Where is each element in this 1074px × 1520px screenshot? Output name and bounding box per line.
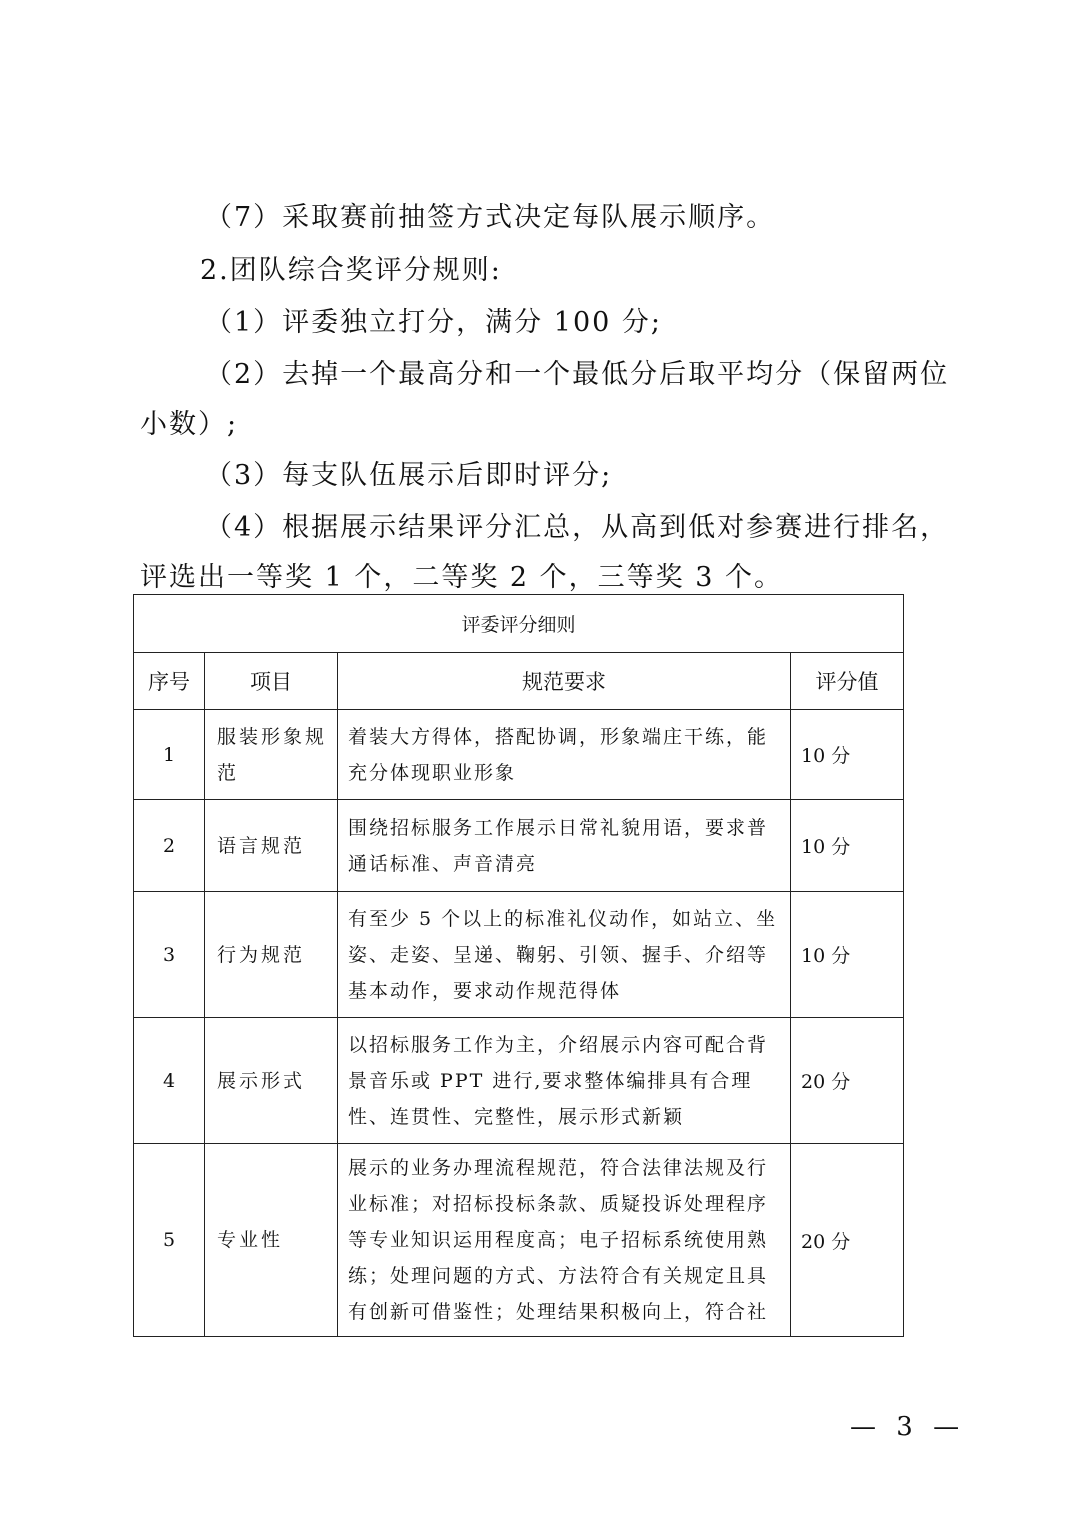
row-requirement: 以招标服务工作为主，介绍展示内容可配合背景音乐或 PPT 进行,要求整体编排具有…: [338, 1018, 791, 1144]
row-no: 4: [134, 1018, 205, 1144]
row-item: 服装形象规范: [205, 710, 338, 800]
row-score: 20 分: [791, 1018, 904, 1144]
header-item: 项目: [205, 653, 338, 710]
paragraph-rule-2: （2）去掉一个最高分和一个最低分后取平均分（保留两位: [205, 357, 949, 393]
row-score: 10 分: [791, 800, 904, 892]
row-item: 语言规范: [205, 800, 338, 892]
header-score: 评分值: [791, 653, 904, 710]
paragraph-rule-1: （1）评委独立打分，满分 100 分;: [205, 305, 662, 341]
row-score: 20 分: [791, 1144, 904, 1337]
page-number: — 3 —: [850, 1412, 965, 1442]
row-item: 行为规范: [205, 892, 338, 1018]
table-row: 5 专业性 展示的业务办理流程规范，符合法律法规及行业标准；对招标投标条款、质疑…: [134, 1144, 904, 1337]
table-title: 评委评分细则: [134, 595, 904, 653]
header-no: 序号: [134, 653, 205, 710]
row-requirement: 围绕招标服务工作展示日常礼貌用语，要求普通话标准、声音清亮: [338, 800, 791, 892]
table-row: 1 服装形象规范 着装大方得体，搭配协调，形象端庄干练，能充分体现职业形象 10…: [134, 710, 904, 800]
row-no: 5: [134, 1144, 205, 1337]
table-row: 3 行为规范 有至少 5 个以上的标准礼仪动作，如站立、坐姿、走姿、呈递、鞠躬、…: [134, 892, 904, 1018]
paragraph-rule-4-cont: 评选出一等奖 1 个，二等奖 2 个，三等奖 3 个。: [140, 560, 783, 596]
row-requirement: 有至少 5 个以上的标准礼仪动作，如站立、坐姿、走姿、呈递、鞠躬、引领、握手、介…: [338, 892, 791, 1018]
paragraph-rule-7: （7）采取赛前抽签方式决定每队展示顺序。: [205, 200, 775, 236]
row-score: 10 分: [791, 892, 904, 1018]
header-requirement: 规范要求: [338, 653, 791, 710]
row-requirement: 展示的业务办理流程规范，符合法律法规及行业标准；对招标投标条款、质疑投诉处理程序…: [338, 1144, 791, 1337]
row-item: 专业性: [205, 1144, 338, 1337]
scoring-rules-table: 评委评分细则 序号 项目 规范要求 评分值 1 服装形象规范 着装大方得体，搭配…: [133, 594, 904, 1337]
row-score: 10 分: [791, 710, 904, 800]
row-requirement: 着装大方得体，搭配协调，形象端庄干练，能充分体现职业形象: [338, 710, 791, 800]
table-row: 4 展示形式 以招标服务工作为主，介绍展示内容可配合背景音乐或 PPT 进行,要…: [134, 1018, 904, 1144]
table-row: 2 语言规范 围绕招标服务工作展示日常礼貌用语，要求普通话标准、声音清亮 10 …: [134, 800, 904, 892]
table-header-row: 序号 项目 规范要求 评分值: [134, 653, 904, 710]
paragraph-rule-2-cont: 小数）;: [140, 407, 238, 443]
row-no: 3: [134, 892, 205, 1018]
row-item: 展示形式: [205, 1018, 338, 1144]
row-no: 1: [134, 710, 205, 800]
paragraph-rule-3: （3）每支队伍展示后即时评分;: [205, 458, 612, 494]
paragraph-rule-4: （4）根据展示结果评分汇总，从高到低对参赛进行排名，: [205, 510, 949, 546]
row-no: 2: [134, 800, 205, 892]
section-heading-team-award: 2.团队综合奖评分规则:: [200, 253, 502, 289]
